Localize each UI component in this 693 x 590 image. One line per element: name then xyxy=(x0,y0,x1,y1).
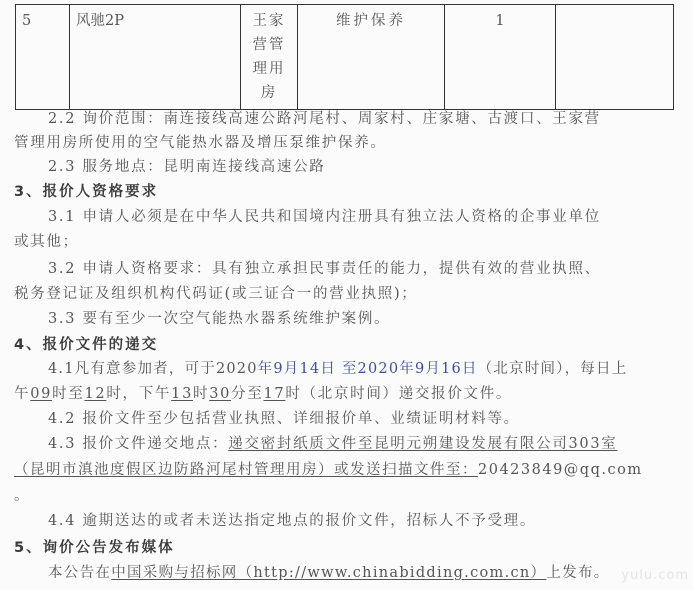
text: 时 xyxy=(193,386,209,402)
hour-start-am: 09 xyxy=(30,386,52,402)
paragraph-4-3-line1: 4.3 报价文件递交地点：递交密封纸质文件至昆明元朔建设发展有限公司303室 xyxy=(14,432,693,456)
section-3-heading: 3、报价人资格要求 xyxy=(14,180,678,204)
cell-quantity: 1 xyxy=(445,5,556,110)
equipment-table: 5 风驰2P 王家营管理用房 维护保养 1 xyxy=(15,4,674,110)
cell-location: 王家营管理用房 xyxy=(241,5,298,110)
paragraph-3-1-line1: 3.1 申请人必须是在中华人民共和国境内注册具有独立法人资格的企事业单位 xyxy=(14,205,693,229)
paragraph-2-2-line2: 管理用房所使用的空气能热水器及增压泵维护保养。 xyxy=(14,131,678,155)
paragraph-3-3: 3.3 要有至少一次空气能热水器系统维护案例。 xyxy=(14,307,693,331)
submission-address: 递交密封纸质文件至昆明元朔建设发展有限公司303室 xyxy=(228,436,617,452)
submission-address-cont: （昆明市滇池度假区边防路河尾村管理用房）或发送扫描文件至： xyxy=(14,462,478,478)
paragraph-4-3-trailing: 。 xyxy=(14,484,678,508)
submission-date-range: 年9月14日 至2020年9月16日 xyxy=(258,361,478,377)
p4-1-prefix: 4.1凡有意参加者，可于2020 xyxy=(48,361,258,377)
paragraph-3-2-line2: 税务登记证及组织机构代码证(或三证合一的营业执照)； xyxy=(14,282,678,306)
p5-prefix: 本公告在 xyxy=(48,565,111,581)
chinabidding-link[interactable]: 中国采购与招标网（http://www.chinabidding.com.cn） xyxy=(111,565,546,581)
cell-note xyxy=(556,5,674,110)
hour-end-pm: 17 xyxy=(263,386,285,402)
table-row: 5 风驰2P 王家营管理用房 维护保养 1 xyxy=(16,5,674,110)
watermark: yulu.com xyxy=(621,568,689,583)
cell-service: 维护保养 xyxy=(298,5,445,110)
paragraph-3-1-line2: 或其他； xyxy=(14,230,678,254)
p4-3-label: 4.3 报价文件递交地点： xyxy=(48,436,228,452)
section-5-heading: 5、询价公告发布媒体 xyxy=(14,536,678,560)
hour-start-pm: 13 xyxy=(171,386,193,402)
document-page: 5 风驰2P 王家营管理用房 维护保养 1 2.2 询价范围：南连接线高速公路河… xyxy=(0,0,693,590)
text: 时至 xyxy=(52,386,84,402)
text: 时（北京时间）递交报价文件。 xyxy=(285,386,512,402)
section-4-heading: 4、报价文件的递交 xyxy=(14,333,678,357)
submission-email: 20423849@qq.com xyxy=(478,462,643,478)
paragraph-2-2-line1: 2.2 询价范围：南连接线高速公路河尾村、周家村、庄家塘、古渡口、王家营 xyxy=(14,107,693,131)
paragraph-2-3: 2.3 服务地点：昆明南连接线高速公路 xyxy=(14,155,693,179)
text: 午 xyxy=(14,386,30,402)
minute-start-pm: 30 xyxy=(209,386,231,402)
paragraph-4-2: 4.2 报价文件至少包括营业执照、详细报价单、业绩证明材料等。 xyxy=(14,407,693,431)
text: 时，下午 xyxy=(106,386,171,402)
paragraph-4-1-line2: 午09时至12时，下午13时30分至17时（北京时间）递交报价文件。 xyxy=(14,382,678,406)
p5-suffix: 上发布。 xyxy=(546,565,609,581)
cell-index: 5 xyxy=(16,5,70,110)
paragraph-3-2-line1: 3.2 申请人资格要求：具有独立承担民事责任的能力，提供有效的营业执照、 xyxy=(14,257,693,281)
hour-end-am: 12 xyxy=(84,386,106,402)
paragraph-5-1: 本公告在中国采购与招标网（http://www.chinabidding.com… xyxy=(14,561,693,585)
paragraph-4-1-line1: 4.1凡有意参加者，可于2020年9月14日 至2020年9月16日（北京时间）… xyxy=(14,357,693,381)
cell-model: 风驰2P xyxy=(70,5,241,110)
paragraph-4-4: 4.4 逾期送达的或者未送达指定地点的报价文件，招标人不予受理。 xyxy=(14,509,693,533)
text: 分至 xyxy=(231,386,263,402)
paragraph-4-3-line2: （昆明市滇池度假区边防路河尾村管理用房）或发送扫描文件至：20423849@qq… xyxy=(14,458,678,482)
p4-1-suffix: （北京时间），每日上 xyxy=(478,361,628,377)
